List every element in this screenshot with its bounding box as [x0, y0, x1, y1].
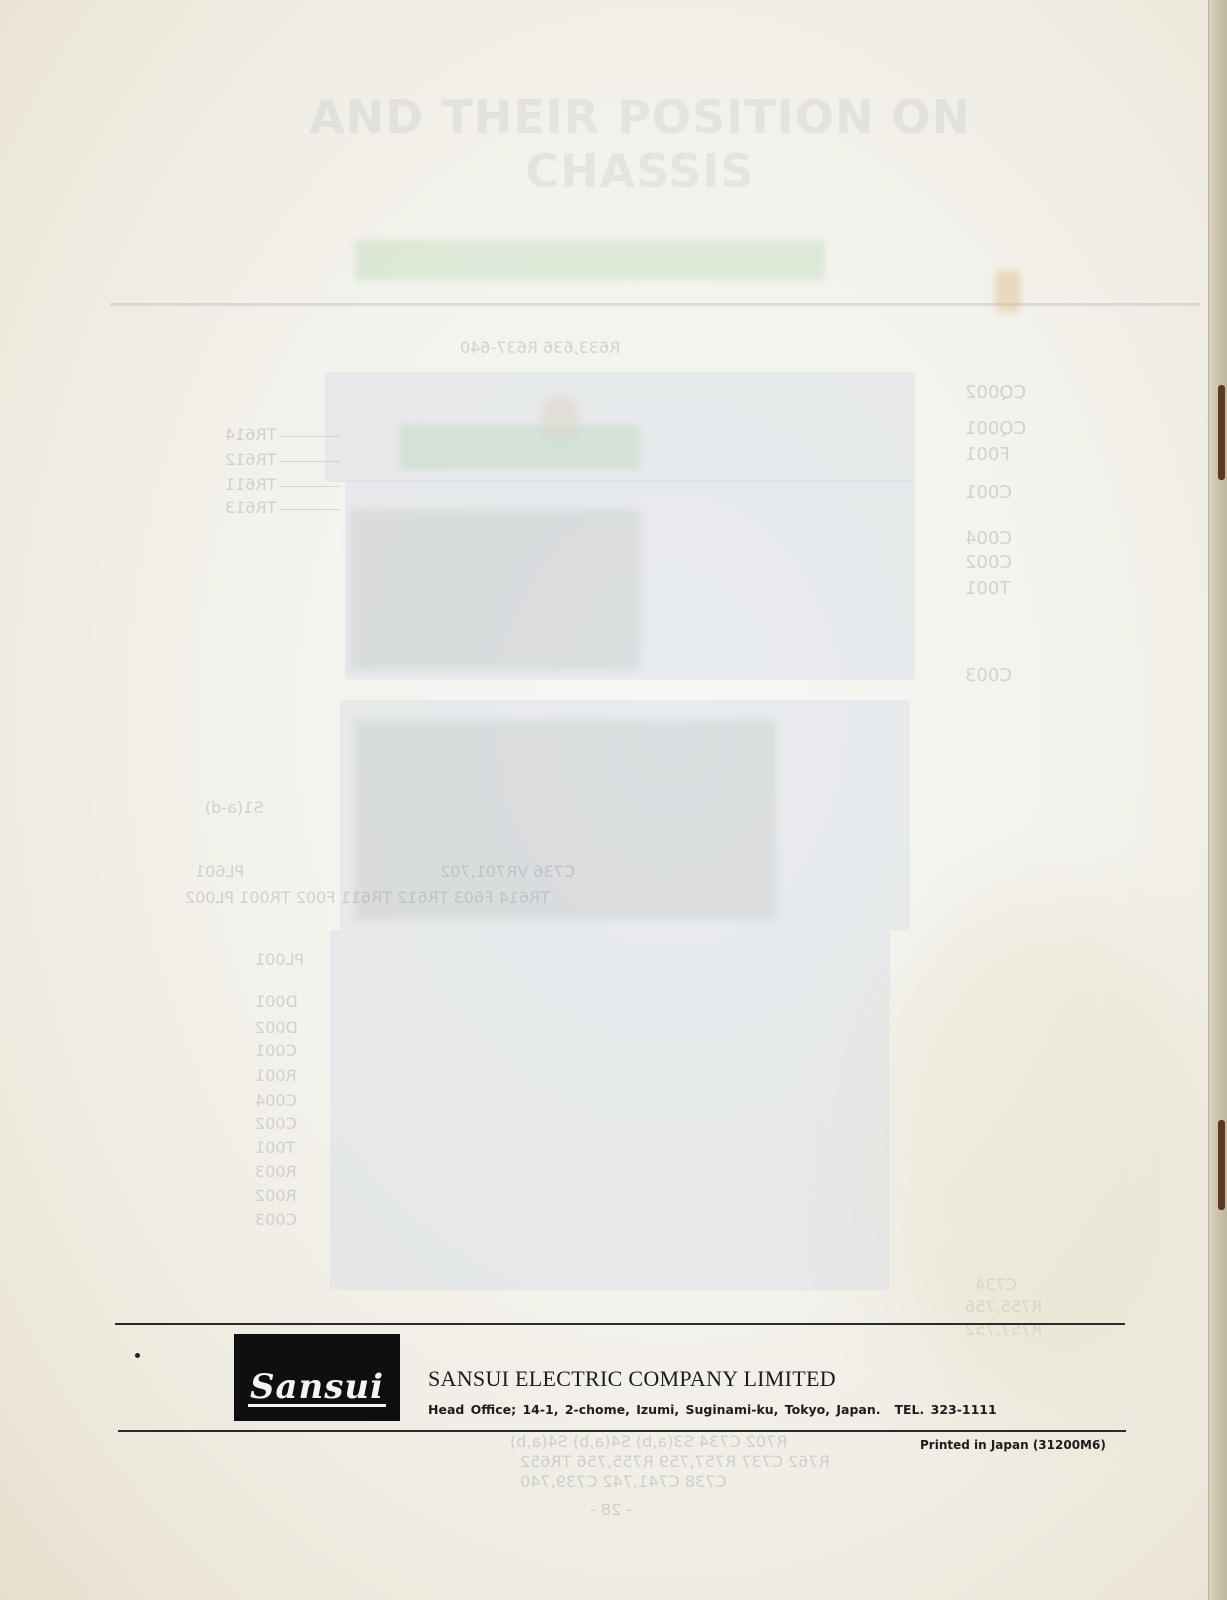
ghost-label: R001 [255, 1066, 297, 1085]
ghost-label: C004 [255, 1091, 297, 1110]
ghost-label: R762 C737 R757,759 R755,756 TR652 [520, 1452, 830, 1471]
ghost-label: R702 C734 S3(a,b) S4(a,b) S4(a,b) [510, 1432, 787, 1451]
ghost-label: TR614 F603 TR612 TR611 F002 TR001 PL002 [185, 888, 550, 907]
logo-wordmark: Sansui [248, 1370, 386, 1407]
ghost-label: C001 [965, 482, 1012, 503]
ghost-rule [110, 303, 1200, 306]
ghost-label: PL601 [195, 862, 244, 881]
ghost-label: D001 [255, 992, 298, 1011]
ghost-leader [280, 436, 340, 437]
ghost-leader [280, 486, 340, 487]
ghost-chassis-mid [345, 480, 915, 680]
footer-rule-top [115, 1323, 1125, 1325]
ghost-label: F001 [965, 444, 1010, 465]
ghost-label: C003 [255, 1210, 297, 1229]
ghost-heading: AND THEIR POSITION ON CHASSIS [240, 90, 1040, 198]
ghost-chassis-board [340, 700, 910, 930]
ghost-label: PL001 [255, 950, 304, 969]
ghost-label: TR613 [225, 498, 276, 517]
ghost-green-print [400, 425, 640, 470]
back-cover-page: AND THEIR POSITION ON CHASSIS R633,636 R… [0, 0, 1218, 1600]
ghost-speckle [350, 510, 640, 670]
ghost-label: R755,756 [965, 1297, 1042, 1316]
paper-stain [540, 395, 580, 440]
paper-stain [870, 900, 1210, 1400]
show-through-layer: AND THEIR POSITION ON CHASSIS R633,636 R… [0, 0, 1218, 1600]
ghost-label: C734 [975, 1275, 1017, 1294]
printed-in-japan: Printed in Japan (31200M6) [920, 1438, 1106, 1452]
edge-stain [1218, 1120, 1225, 1210]
ghost-label: TR612 [225, 450, 276, 469]
edge-stain [1218, 385, 1225, 480]
ghost-label: R003 [255, 1162, 297, 1181]
ghost-label: R633,636 R637-640 [460, 338, 620, 357]
company-name: SANSUI ELECTRIC COMPANY LIMITED [428, 1366, 836, 1392]
footer-rule-bottom [118, 1430, 1126, 1432]
ghost-label: T001 [965, 578, 1010, 599]
ghost-label: C003 [965, 665, 1012, 686]
ghost-label: C738 C741,742 C739,740 [520, 1472, 727, 1491]
ghost-label: C002 [255, 1114, 297, 1133]
ghost-label: C004 [965, 528, 1012, 549]
ghost-label: - 28 - [590, 1500, 632, 1519]
ghost-label: C736 VR701,702 [440, 862, 575, 881]
ghost-label: T001 [255, 1138, 295, 1157]
ghost-label: S1(a-d) [205, 798, 264, 817]
ghost-chassis-bottom [330, 930, 890, 1290]
ghost-label: CQ001 [965, 418, 1026, 439]
ghost-label: C002 [965, 552, 1012, 573]
bullet-dot [135, 1353, 140, 1358]
ghost-label: D002 [255, 1018, 298, 1037]
telephone: TEL. 323-1111 [894, 1402, 996, 1417]
ghost-green-print [355, 240, 825, 280]
ghost-leader [280, 461, 340, 462]
ghost-chassis-top [325, 372, 915, 482]
ghost-label: CQ002 [965, 382, 1026, 403]
ghost-label: C001 [255, 1041, 297, 1060]
ghost-leader [280, 509, 340, 510]
ghost-label: TR614 [225, 425, 276, 444]
page-edge [1208, 0, 1227, 1600]
ghost-speckle [355, 720, 775, 920]
paper-stain [995, 270, 1021, 312]
address-text: Head Office; 14-1, 2-chome, Izumi, Sugin… [428, 1402, 880, 1417]
sansui-logo: Sansui [234, 1334, 400, 1421]
ghost-label: TR611 [225, 475, 276, 494]
ghost-label: R002 [255, 1186, 297, 1205]
head-office-address: Head Office; 14-1, 2-chome, Izumi, Sugin… [428, 1402, 997, 1417]
